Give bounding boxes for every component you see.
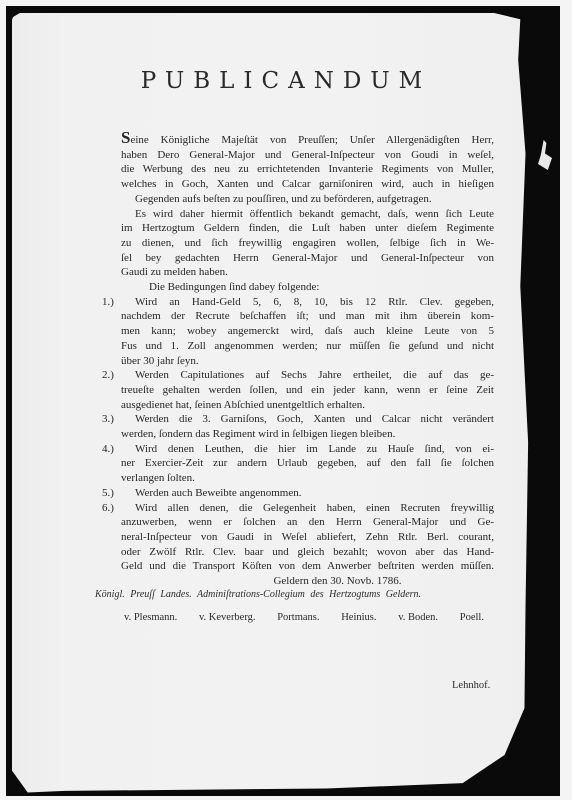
item-number: 1.) [102,295,114,310]
countersignature: Lehnhof. [452,680,490,691]
announcement-paragraph: Es wird daher hiermit öffentlich bekandt… [121,207,494,281]
signatories: v. Plesmann. v. Keverberg. Portmans. Hei… [124,612,484,623]
condition-item-6: 6.) Wird allen denen, die Gelegenheit ha… [121,501,494,575]
document-body: Seine Königliche Majeſtät von Preuſſen; … [121,133,494,589]
condition-item-3: 3.) Werden die 3. Garniſons, Goch, Xante… [121,412,494,441]
signatory: v. Boden. [398,612,438,623]
signatory: v. Keverberg. [199,612,256,623]
issuing-authority: Königl. Preuſſ Landes. Adminiſtrations-C… [95,589,505,600]
condition-item-5: 5.) Werden auch Beweibte angenommen. [121,486,494,501]
document-title: PUBLICANDUM [0,68,572,94]
scan-frame: PUBLICANDUM Seine Königliche Majeſtät vo… [0,0,572,800]
item-number: 4.) [102,442,114,457]
signatory: Portmans. [277,612,319,623]
condition-item-1: 1.) Wird an Hand-Geld 5, 6, 8, 10, bis 1… [121,295,494,369]
signatory: Heinius. [341,612,376,623]
item-number: 2.) [102,368,114,383]
condition-item-4: 4.) Wird denen Leuthen, die hier im Land… [121,442,494,486]
conditions-heading: Die Bedingungen ſind dabey folgende: [121,280,494,295]
item-number: 5.) [102,486,114,501]
item-number: 6.) [102,501,114,516]
signatory: Poell. [460,612,484,623]
place-date: Geldern den 30. Novb. 1786. [121,574,494,589]
intro-paragraph: Seine Königliche Majeſtät von Preuſſen; … [121,133,494,207]
condition-item-2: 2.) Werden Capitulationes auf Sechs Jahr… [121,368,494,412]
item-number: 3.) [102,412,114,427]
signatory: v. Plesmann. [124,612,177,623]
